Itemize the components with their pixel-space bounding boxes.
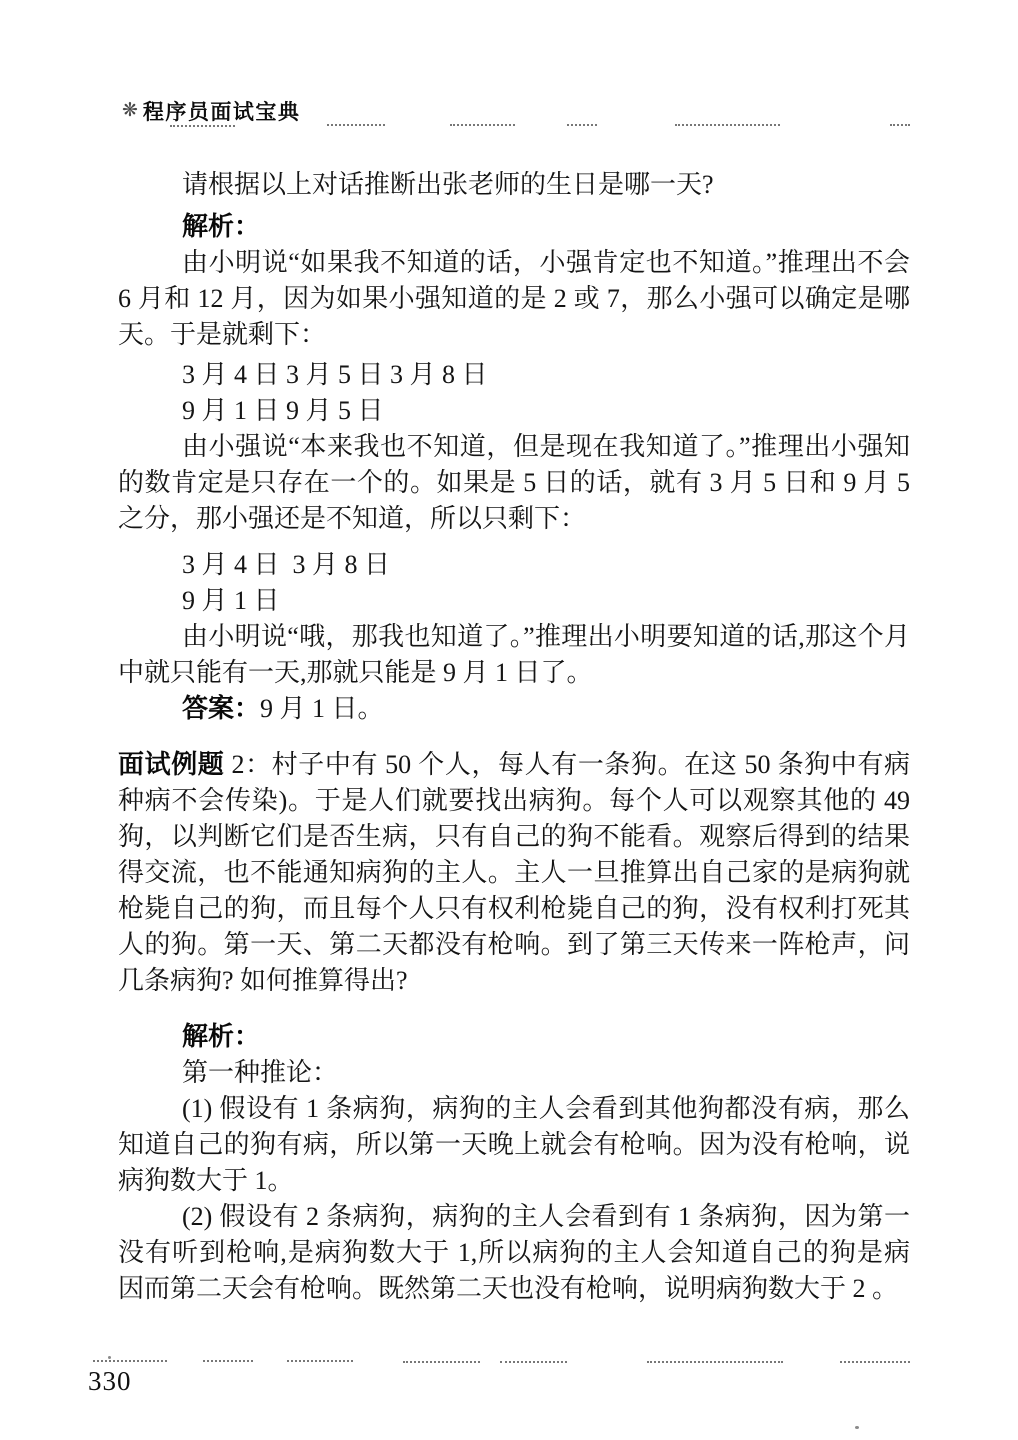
line-text: 知道自己的狗有病，所以第一天晚上就会有枪响。因为没有枪响，说明	[118, 1130, 910, 1163]
line-text: 由小强说“本来我也不知道，但是现在我知道了。”推理出小强知道	[118, 432, 910, 465]
text-line: 几条病狗? 如何推算得出?	[118, 963, 910, 999]
text-line: (2) 假设有 2 条病狗，病狗的主人会看到有 1 条病狗，因为第一天	[118, 1199, 910, 1235]
footer-dotted-artifact	[647, 1361, 783, 1363]
text-line: 由小明说“如果我不知道的话，小强肯定也不知道。”推理出不会是	[118, 245, 910, 281]
text-line: 由小明说“哦，那我也知道了。”推理出小明要知道的话,那这个月当	[118, 619, 910, 655]
line-text: 请根据以上对话推断出张老师的生日是哪一天?	[182, 170, 714, 199]
text-line: 枪毙自己的狗，而且每个人只有权利枪毙自己的狗，没有权利打死其他	[118, 891, 910, 927]
footer-dotted-artifact	[500, 1361, 567, 1363]
header-dotted-artifact	[890, 124, 910, 126]
text-line: 第一种推论：	[118, 1055, 910, 1091]
line-text: 3 月 4 日 3 月 8 日	[182, 550, 390, 579]
text-line: 没有听到枪响,是病狗数大于 1,所以病狗的主人会知道自己的狗是病狗，	[118, 1235, 910, 1271]
header-dotted-artifact	[170, 125, 235, 127]
footer-dotted-artifact	[840, 1361, 910, 1363]
book-title: 程序员面试宝典	[143, 96, 301, 126]
text-line: 天。于是就剩下：	[118, 317, 910, 353]
page-body-text: 请根据以上对话推断出张老师的生日是哪一天?解析：由小明说“如果我不知道的话，小强…	[118, 167, 910, 1307]
text-line: 病狗数大于 1。	[118, 1163, 910, 1199]
text-line: 6 月和 12 月，因为如果小强知道的是 2 或 7，那么小强可以确定是哪一	[118, 281, 910, 317]
footer-dotted-artifact	[93, 1360, 167, 1362]
text-line: 因而第二天会有枪响。既然第二天也没有枪响，说明病狗数大于 2 。	[118, 1271, 910, 1307]
bold-label: 答案：	[182, 694, 260, 723]
line-text: 2：村子中有 50 个人，每人有一条狗。在这 50 条狗中有病狗(这	[118, 750, 910, 783]
text-line: 种病不会传染)。于是人们就要找出病狗。每个人可以观察其他的 49 条	[118, 783, 910, 819]
text-line: 狗，以判断它们是否生病，只有自己的狗不能看。观察后得到的结果不	[118, 819, 910, 855]
scan-artifact	[108, 1356, 111, 1359]
flower-stamp-icon: ❋	[122, 101, 138, 121]
header-dotted-artifact	[327, 124, 385, 126]
header-dotted-artifact	[567, 124, 597, 126]
line-text: 9 月 1 日	[182, 586, 280, 615]
page-header: ❋ 程序员面试宝典	[122, 96, 300, 126]
bold-label: 解析：	[182, 1022, 260, 1051]
bold-label: 解析：	[182, 212, 260, 241]
line-text: 之分，那小强还是不知道，所以只剩下：	[118, 504, 586, 533]
text-line: 面试例题 2：村子中有 50 个人，每人有一条狗。在这 50 条狗中有病狗(这	[118, 747, 910, 783]
line-text: 种病不会传染)。于是人们就要找出病狗。每个人可以观察其他的 49 条	[118, 786, 910, 819]
text-line: 3 月 4 日 3 月 8 日	[118, 547, 910, 583]
line-text: 得交流，也不能通知病狗的主人。主人一旦推算出自己家的是病狗就要	[118, 858, 910, 891]
line-text: 几条病狗? 如何推算得出?	[118, 966, 408, 995]
line-text: (2) 假设有 2 条病狗，病狗的主人会看到有 1 条病狗，因为第一天	[118, 1202, 910, 1235]
bold-label: 面试例题	[118, 750, 224, 779]
page-number: 330	[88, 1366, 132, 1397]
line-text: 病狗数大于 1。	[118, 1166, 294, 1195]
line-text: 第一种推论：	[182, 1058, 338, 1087]
line-text: 3 月 4 日 3 月 5 日 3 月 8 日	[182, 360, 488, 389]
text-line: 的数肯定是只存在一个的。如果是 5 日的话，就有 3 月 5 日和 9 月 5 …	[118, 465, 910, 501]
text-line: 之分，那小强还是不知道，所以只剩下：	[118, 501, 910, 537]
text-line: 9 月 1 日	[118, 583, 910, 619]
line-text: 的数肯定是只存在一个的。如果是 5 日的话，就有 3 月 5 日和 9 月 5 …	[118, 468, 910, 501]
line-text: 9 月 1 日 9 月 5 日	[182, 396, 384, 425]
header-dotted-artifact	[450, 124, 515, 126]
text-line: 解析：	[118, 209, 910, 245]
footer-dotted-artifact	[203, 1360, 253, 1362]
line-text: 由小明说“如果我不知道的话，小强肯定也不知道。”推理出不会是	[118, 248, 910, 281]
text-line: (1) 假设有 1 条病狗，病狗的主人会看到其他狗都没有病，那么就	[118, 1091, 910, 1127]
text-line: 人的狗。第一天、第二天都没有枪响。到了第三天传来一阵枪声，问有	[118, 927, 910, 963]
text-line: 得交流，也不能通知病狗的主人。主人一旦推算出自己家的是病狗就要	[118, 855, 910, 891]
text-line: 请根据以上对话推断出张老师的生日是哪一天?	[118, 167, 910, 203]
text-line: 中就只能有一天,那就只能是 9 月 1 日了。	[118, 655, 910, 691]
footer-dotted-artifact	[287, 1360, 353, 1362]
header-dotted-artifact	[675, 124, 780, 126]
line-text: 狗，以判断它们是否生病，只有自己的狗不能看。观察后得到的结果不	[118, 822, 910, 855]
line-text: 天。于是就剩下：	[118, 320, 326, 349]
text-line: 解析：	[118, 1019, 910, 1055]
line-text: 9 月 1 日。	[260, 694, 384, 723]
line-text: 因而第二天会有枪响。既然第二天也没有枪响，说明病狗数大于 2 。	[118, 1274, 898, 1303]
line-text: 没有听到枪响,是病狗数大于 1,所以病狗的主人会知道自己的狗是病狗，	[118, 1238, 910, 1271]
line-text: 由小明说“哦，那我也知道了。”推理出小明要知道的话,那这个月当	[118, 622, 910, 655]
text-line: 9 月 1 日 9 月 5 日	[118, 393, 910, 429]
footer-dotted-artifact	[403, 1361, 480, 1363]
text-line: 3 月 4 日 3 月 5 日 3 月 8 日	[118, 357, 910, 393]
line-text: 中就只能有一天,那就只能是 9 月 1 日了。	[118, 658, 593, 687]
scan-artifact	[855, 1426, 859, 1429]
text-line: 知道自己的狗有病，所以第一天晚上就会有枪响。因为没有枪响，说明	[118, 1127, 910, 1163]
text-line: 由小强说“本来我也不知道，但是现在我知道了。”推理出小强知道	[118, 429, 910, 465]
scanned-book-page: ❋ 程序员面试宝典 请根据以上对话推断出张老师的生日是哪一天?解析：由小明说“如…	[0, 0, 1018, 1440]
text-line: 答案：9 月 1 日。	[118, 691, 910, 727]
line-text: 人的狗。第一天、第二天都没有枪响。到了第三天传来一阵枪声，问有	[118, 930, 910, 963]
line-text: 枪毙自己的狗，而且每个人只有权利枪毙自己的狗，没有权利打死其他	[118, 894, 910, 927]
line-text: 6 月和 12 月，因为如果小强知道的是 2 或 7，那么小强可以确定是哪一	[118, 284, 910, 317]
line-text: (1) 假设有 1 条病狗，病狗的主人会看到其他狗都没有病，那么就	[118, 1094, 910, 1127]
